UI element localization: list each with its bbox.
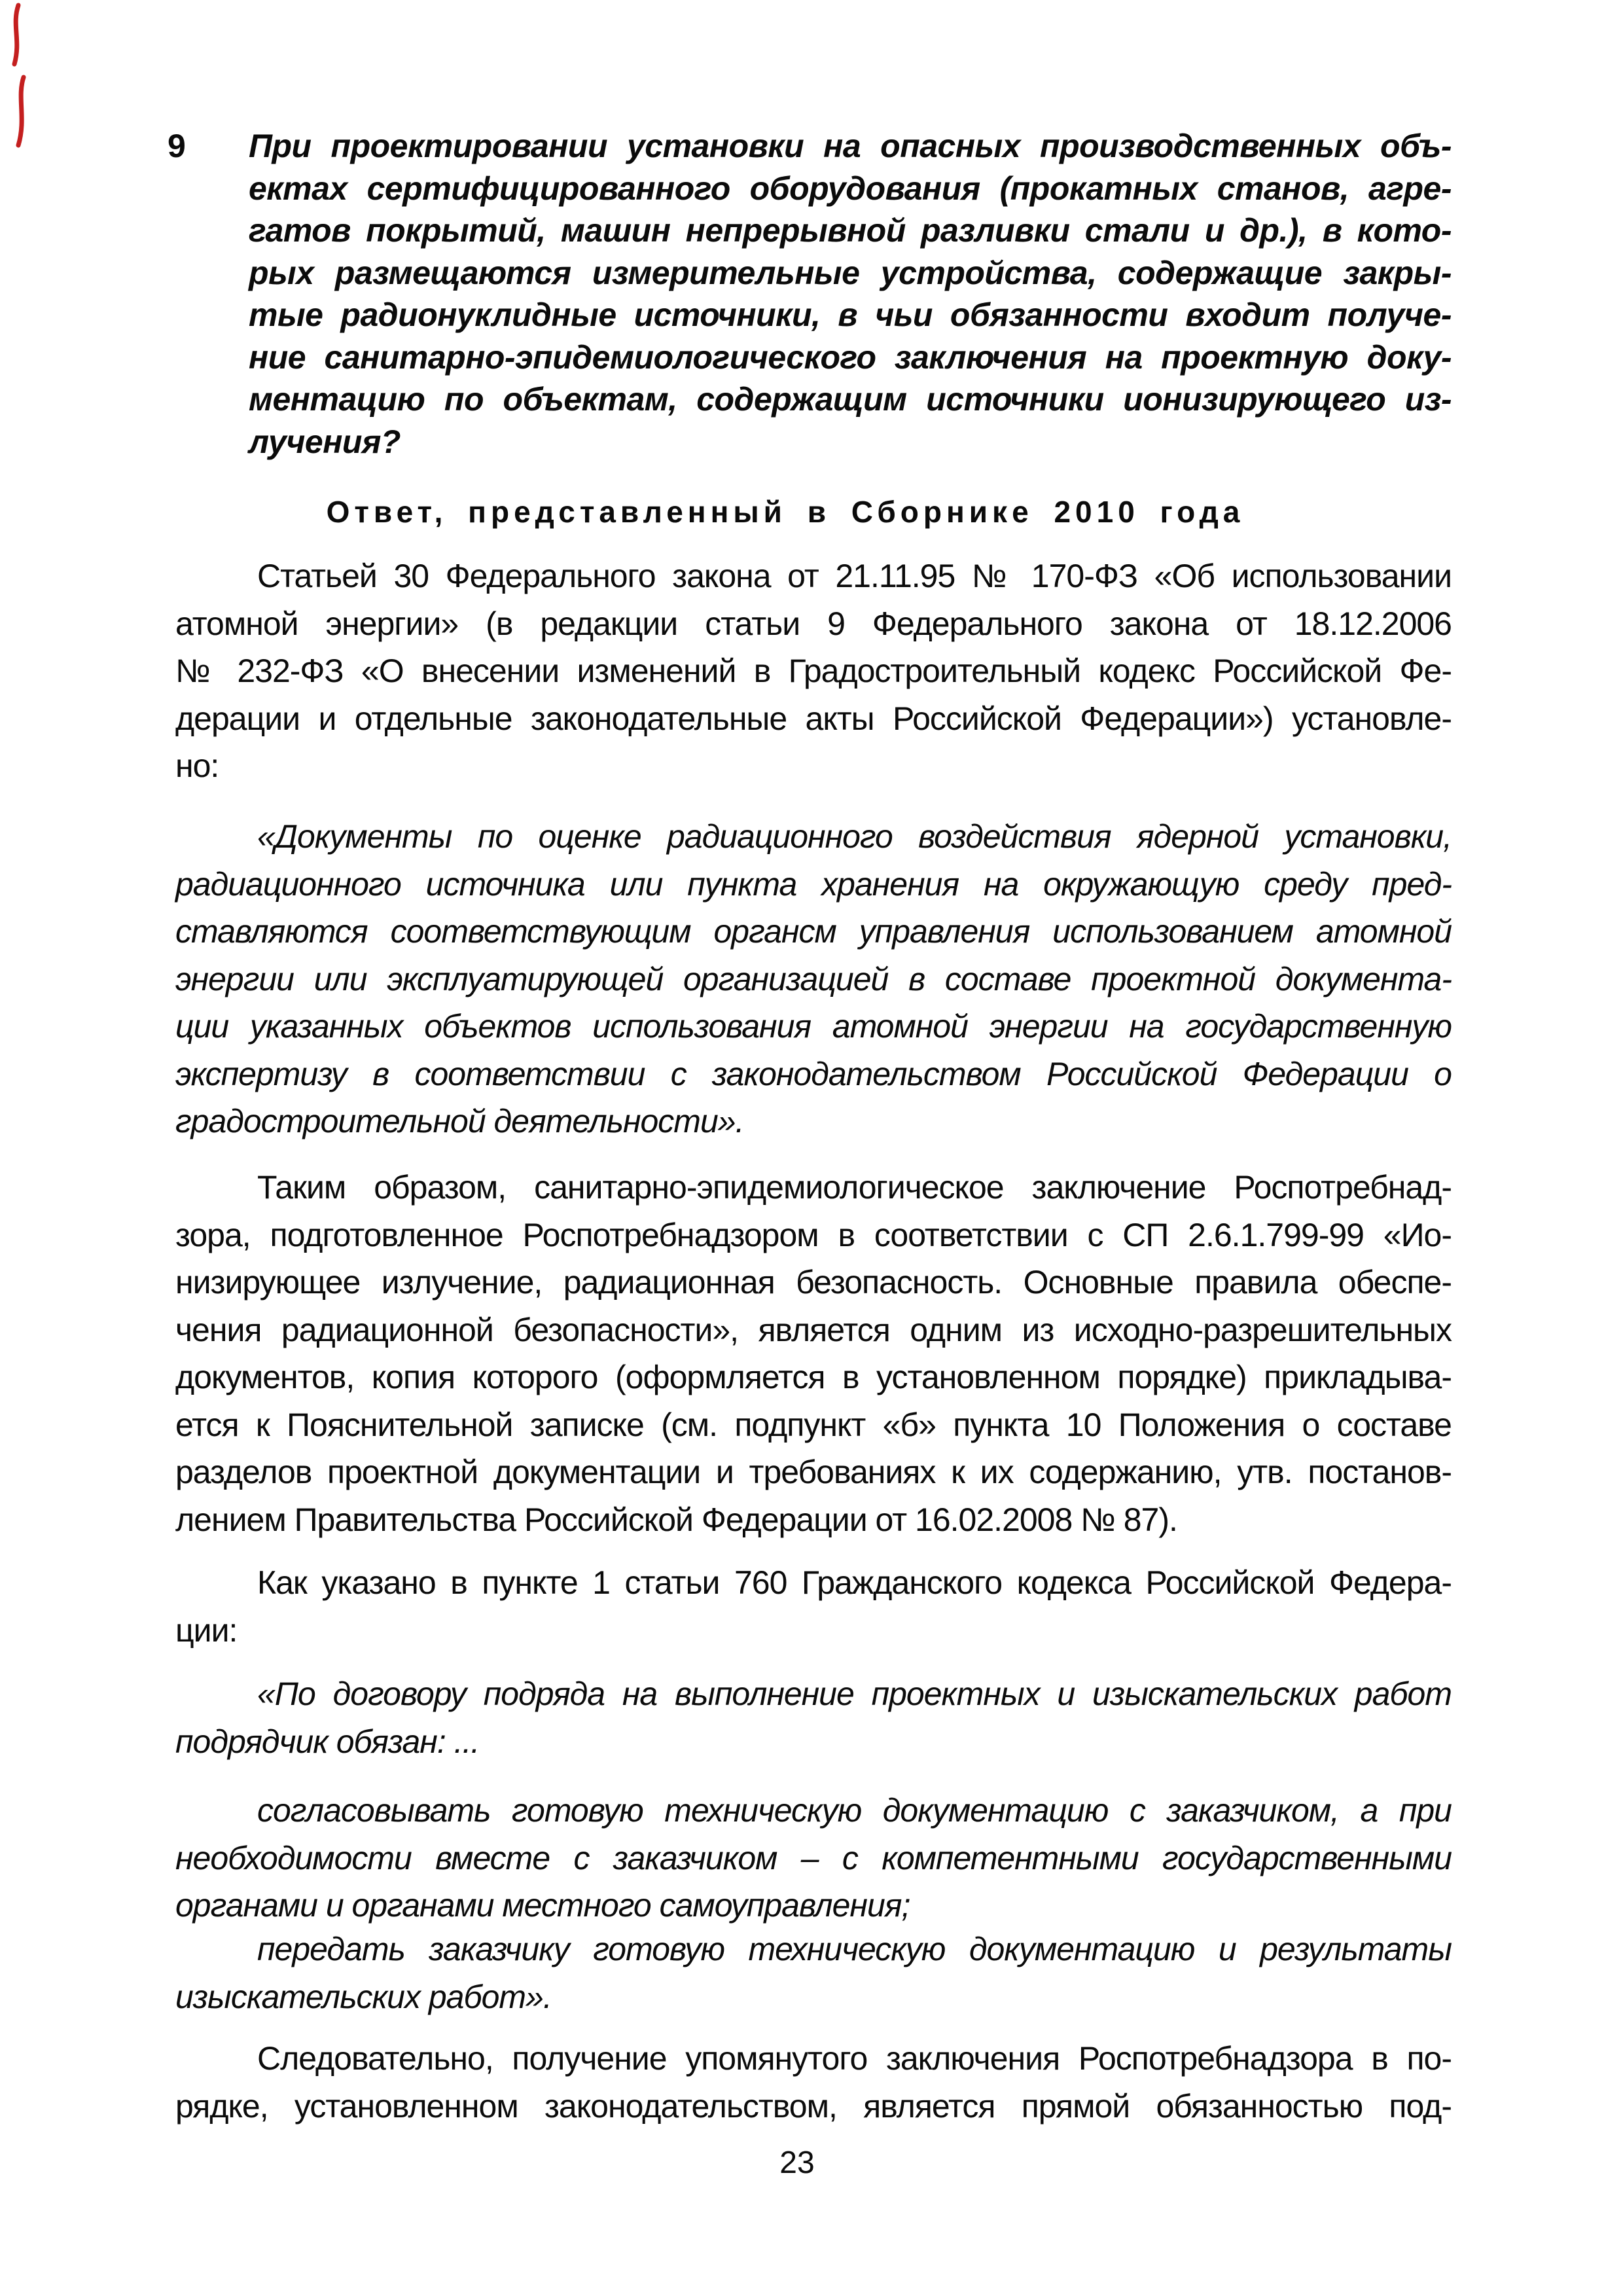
text-line: документов, копия которого (оформляется …	[175, 1354, 1452, 1401]
text-line: дерации и отдельные законодательные акты…	[175, 695, 1452, 743]
question-text: При проектировании установки на опасных …	[249, 125, 1452, 463]
text-line: радиационного источника или пункта хране…	[175, 861, 1452, 908]
page-number: 23	[175, 2145, 1419, 2181]
text-line: экспертизу в соответствии с законодатель…	[175, 1050, 1452, 1098]
text-line: При проектировании установки на опасных …	[249, 125, 1452, 168]
text-line: ции указанных объектов использования ато…	[175, 1003, 1452, 1050]
text-line: согласовывать готовую техническую докуме…	[175, 1787, 1452, 1835]
text-line: ется к Пояснительной записке (см. подпун…	[175, 1401, 1452, 1449]
text-line: Таким образом, санитарно-эпидемиологичес…	[175, 1164, 1452, 1211]
paragraph-law-reference: Статьей 30 Федерального закона от 21.11.…	[175, 552, 1452, 790]
text-line: но:	[175, 742, 1452, 790]
text-line: ектах сертифицированного оборудования (п…	[249, 168, 1452, 210]
text-line: «По договору подряда на выполнение проек…	[175, 1670, 1452, 1718]
text-line: атомной энергии» (в редакции статьи 9 Фе…	[175, 600, 1452, 648]
text-line: изыскательских работ».	[175, 1973, 1452, 2021]
text-line: тые радионуклидные источники, в чьи обяз…	[249, 294, 1452, 336]
text-line: низирующее излучение, радиационная безоп…	[175, 1259, 1452, 1306]
text-line: лением Правительства Российской Федераци…	[175, 1496, 1452, 1544]
text-line: энергии или эксплуатирующей организацией…	[175, 956, 1452, 1003]
paragraph-consequently: Следовательно, получение упомянутого зак…	[175, 2035, 1452, 2130]
text-line: Следовательно, получение упомянутого зак…	[175, 2035, 1452, 2083]
text-line: рых размещаются измерительные устройства…	[249, 252, 1452, 295]
text-line: органами и органами местного самоуправле…	[175, 1882, 1452, 1929]
text-line: № 232-ФЗ «О внесении изменений в Градост…	[175, 647, 1452, 695]
document-page: 9 При проектировании установки на опасны…	[0, 0, 1623, 2296]
quote-contract-obligation: «По договору подряда на выполнение проек…	[175, 1670, 1452, 1765]
text-line: подрядчик обязан: ...	[175, 1718, 1452, 1766]
paragraph-rospotrebnadzor-conclusion: Таким образом, санитарно-эпидемиологичес…	[175, 1164, 1452, 1543]
text-line: чения радиационной безопасности», являет…	[175, 1306, 1452, 1354]
text-line: «Документы по оценке радиационного возде…	[175, 813, 1452, 861]
quote-documents-assessment: «Документы по оценке радиационного возде…	[175, 813, 1452, 1145]
text-line: передать заказчику готовую техническую д…	[175, 1926, 1452, 1973]
text-line: рядке, установленном законодательством, …	[175, 2083, 1452, 2130]
quote-transfer-documentation: передать заказчику готовую техническую д…	[175, 1926, 1452, 2020]
text-line: лучения?	[249, 421, 1452, 463]
text-line: ментацию по объектам, содержащим источни…	[249, 378, 1452, 421]
text-line: ставляются соответствующим органсм управ…	[175, 908, 1452, 956]
question-number: 9	[168, 130, 186, 162]
quote-coordinate-documentation: согласовывать готовую техническую докуме…	[175, 1787, 1452, 1929]
text-line: ние санитарно-эпидемиологического заключ…	[249, 336, 1452, 379]
text-line: Как указано в пункте 1 статьи 760 Гражда…	[175, 1559, 1452, 1607]
text-line: разделов проектной документации и требов…	[175, 1448, 1452, 1496]
red-pen-marks	[0, 0, 39, 157]
text-line: необходимости вместе с заказчиком – с ко…	[175, 1835, 1452, 1882]
text-line: гатов покрытий, машин непрерывной разлив…	[249, 209, 1452, 252]
text-line: градостроительной деятельности».	[175, 1098, 1452, 1145]
text-line: Статьей 30 Федерального закона от 21.11.…	[175, 552, 1452, 600]
paragraph-civil-code-reference: Как указано в пункте 1 статьи 760 Гражда…	[175, 1559, 1452, 1654]
text-line: зора, подготовленное Роспотребнадзором в…	[175, 1211, 1452, 1259]
text-line: ции:	[175, 1607, 1452, 1655]
answer-heading: Ответ, представленный в Сборнике 2010 го…	[196, 492, 1374, 531]
